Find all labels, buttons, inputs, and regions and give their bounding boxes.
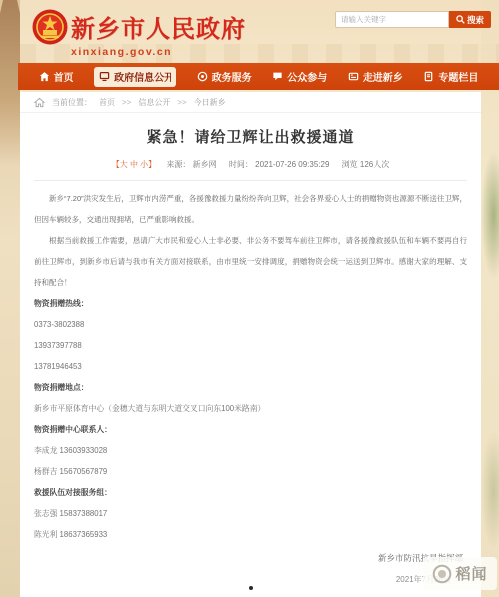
search-button-label: 搜索 <box>467 14 484 26</box>
round-logo-icon <box>432 564 452 584</box>
breadcrumb-info-disclosure[interactable]: 信息公开 <box>138 97 170 108</box>
article-meta: 【大 中 小】 来源： 新乡网 时间： 2021-07-26 09:35:29 … <box>20 159 481 170</box>
nav-item-info-disclosure[interactable]: 政府信息公开 <box>94 67 176 87</box>
site-header: 新乡市人民政府 xinxiang.gov.cn 搜索 <box>0 0 499 63</box>
topics-icon <box>423 71 434 82</box>
contact-line: 张志强 15837388017 <box>34 503 467 524</box>
font-size-switcher[interactable]: 【大 中 小】 <box>112 160 156 169</box>
nav-item-participation[interactable]: 公众参与 <box>272 69 327 84</box>
section-heading-donation-location: 物资捐赠地点： <box>34 377 467 398</box>
national-emblem-icon <box>32 8 68 46</box>
city-icon <box>348 71 359 82</box>
content-card: 当前位置： 首页 >> 信息公开 >> 今日新乡 紧急！请给卫辉让出救援通道 【… <box>20 92 481 597</box>
nav-item-label: 首页 <box>54 69 74 84</box>
breadcrumb-today-xinxiang[interactable]: 今日新乡 <box>194 97 226 108</box>
search-input[interactable] <box>335 11 449 28</box>
contact-line: 13781946453 <box>34 356 467 377</box>
watermark-badge: 稻闻 <box>423 557 497 590</box>
time-label: 时间： <box>229 160 253 169</box>
nav-item-label: 政务服务 <box>212 69 252 84</box>
section-heading-donation-hotline: 物资捐赠热线： <box>34 293 467 314</box>
contact-line: 杨群吉 15670567879 <box>34 461 467 482</box>
article-signature: 新乡市防汛抗旱指挥部 <box>34 548 467 569</box>
tree-decoration-bottom <box>481 430 499 550</box>
article-body: 新乡“7.20”洪灾发生后，卫辉市内涝严重，各援豫救援力量纷纷奔向卫辉，社会各界… <box>20 181 481 590</box>
services-icon <box>197 71 208 82</box>
search-button[interactable]: 搜索 <box>449 11 491 28</box>
home-icon <box>39 71 50 82</box>
info-disclosure-icon <box>99 71 110 82</box>
nav-item-home[interactable]: 首页 <box>39 69 74 84</box>
section-heading-donation-contacts: 物资捐赠中心联系人： <box>34 419 467 440</box>
source-value: 新乡网 <box>193 160 217 169</box>
main-nav: 首页 政府信息公开 政务服务 公众参与 走进新乡 专题栏目 <box>18 63 499 90</box>
breadcrumb: 当前位置： 首页 >> 信息公开 >> 今日新乡 <box>20 92 481 113</box>
nav-item-topics[interactable]: 专题栏目 <box>423 69 478 84</box>
breadcrumb-prefix: 当前位置： <box>52 97 92 108</box>
nav-item-label: 政府信息公开 <box>114 69 171 84</box>
nav-item-label: 公众参与 <box>287 69 327 84</box>
nav-item-label: 专题栏目 <box>438 69 478 84</box>
search-icon <box>456 15 465 24</box>
watermark-text: 稻闻 <box>455 563 487 584</box>
site-title: 新乡市人民政府 <box>71 9 246 44</box>
nav-item-city[interactable]: 走进新乡 <box>348 69 403 84</box>
breadcrumb-separator: >> <box>122 98 131 107</box>
site-branding: 新乡市人民政府 xinxiang.gov.cn <box>71 9 246 58</box>
stray-dot <box>249 586 253 590</box>
contact-line: 陈光利 18637365933 <box>34 524 467 545</box>
nav-item-label: 走进新乡 <box>363 69 403 84</box>
article-title: 紧急！请给卫辉让出救援通道 <box>20 126 481 147</box>
tree-decoration-top <box>481 150 499 280</box>
source-label: 来源： <box>166 160 190 169</box>
breadcrumb-separator: >> <box>177 98 186 107</box>
section-heading-rescue-liaison: 救援队伍对接服务组： <box>34 482 467 503</box>
nav-item-services[interactable]: 政务服务 <box>197 69 252 84</box>
views-label: 浏览 <box>342 160 358 169</box>
breadcrumb-home[interactable]: 首页 <box>99 97 115 108</box>
location-line: 新乡市平原体育中心（金穗大道与东明大道交叉口向东100米路南） <box>34 398 467 419</box>
contact-line: 0373-3802388 <box>34 314 467 335</box>
contact-line: 13937397788 <box>34 335 467 356</box>
home-outline-icon <box>34 97 45 108</box>
contact-line: 李成龙 13603933028 <box>34 440 467 461</box>
time-value: 2021-07-26 09:35:29 <box>255 160 329 169</box>
left-decoration <box>0 0 20 597</box>
search-bar: 搜索 <box>335 11 491 28</box>
article-paragraph: 新乡“7.20”洪灾发生后，卫辉市内涝严重，各援豫救援力量纷纷奔向卫辉，社会各界… <box>34 188 467 230</box>
site-domain: xinxiang.gov.cn <box>71 46 246 58</box>
participation-icon <box>272 71 283 82</box>
views-value: 126人次 <box>360 160 389 169</box>
article-paragraph: 根据当前救援工作需要，恳请广大市民和爱心人士非必要、非公务不要驾车前往卫辉市，请… <box>34 230 467 293</box>
